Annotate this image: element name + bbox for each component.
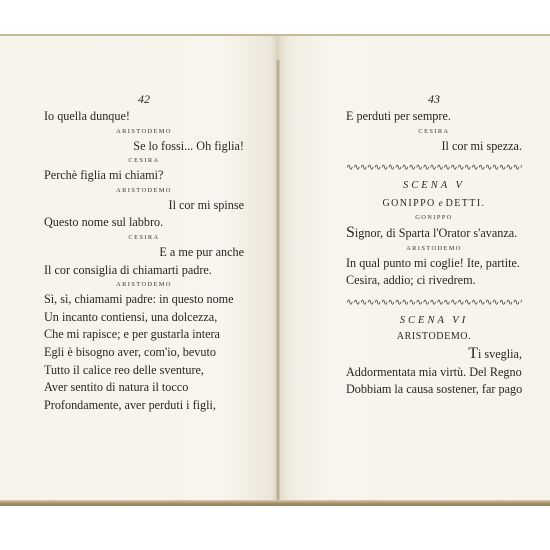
verse-line: Il cor mi spezza. [346, 138, 522, 156]
verse-line: Il cor consiglia di chiamarti padre. [44, 262, 244, 280]
character-name: GONIPPO [383, 198, 436, 209]
verse-line: Profondamente, aver perduti i figli, [44, 397, 244, 415]
page-edges-bottom [0, 500, 550, 506]
ornamental-divider: ∿∿∿∿∿∿∿∿∿∿∿∿∿∿∿∿∿∿∿∿∿∿∿∿∿∿∿∿∿∿∿∿∿∿∿∿ [346, 294, 522, 310]
character-name: DETTI. [446, 198, 486, 209]
verse-line: E a me pur anche [44, 244, 244, 262]
verse-line: Signor, di Sparta l'Orator s'avanza. [346, 224, 522, 243]
right-page-text: 43 E perduti per sempre. CESIRA Il cor m… [346, 92, 522, 399]
speaker-label: ARISTODEMO [44, 279, 244, 291]
open-book: 42 Io quella dunque! ARISTODEMO Se lo fo… [0, 34, 550, 508]
verse-line: Addormentata mia virtù. Del Regno [346, 364, 522, 382]
left-page-text: 42 Io quella dunque! ARISTODEMO Se lo fo… [44, 92, 244, 414]
scene-title: SCENA V [346, 177, 522, 194]
verse-line: Sì, sì, chiamami padre: in questo nome [44, 291, 244, 309]
verse-text: i sveglia, [478, 347, 522, 361]
verse-line: Questo nome sul labbro. [44, 214, 244, 232]
scene-characters: ARISTODEMO. [346, 329, 522, 345]
scene-characters: GONIPPOeDETTI. [346, 194, 522, 212]
speaker-label: CESIRA [44, 232, 244, 244]
verse-line: Aver sentito di natura il tocco [44, 379, 244, 397]
verse-line: Dobbiam la causa sostener, far pago [346, 381, 522, 399]
verse-line: Il cor mi spinse [44, 197, 244, 215]
verse-line: Che mi rapisce; e per gustarla intera [44, 326, 244, 344]
verse-line: E perduti per sempre. [346, 108, 522, 126]
book-gutter [276, 60, 280, 500]
speaker-label: CESIRA [346, 126, 522, 138]
verse-line: Tutto il calice reo delle sventure, [44, 362, 244, 380]
page-number-left: 42 [44, 92, 244, 106]
speaker-label: ARISTODEMO [44, 126, 244, 138]
verse-line: Perchè figlia mi chiami? [44, 167, 244, 185]
verse-line: Un incanto contiensi, una dolcezza, [44, 309, 244, 327]
scene-title: SCENA VI [346, 312, 522, 329]
drop-initial: S [346, 224, 355, 241]
conjunction: e [439, 198, 443, 208]
verse-line: Se lo fossi... Oh figlia! [44, 138, 244, 156]
verse-line: Cesira, addio; ci rivedrem. [346, 272, 522, 290]
speaker-label: GONIPPO [346, 212, 522, 224]
speaker-label: CESIRA [44, 155, 244, 167]
speaker-label: ARISTODEMO [44, 185, 244, 197]
speaker-label: ARISTODEMO [346, 243, 522, 255]
verse-line: Egli è bisogno aver, com'io, bevuto [44, 344, 244, 362]
verse-line: Ti sveglia, [346, 345, 522, 364]
ornamental-divider: ∿∿∿∿∿∿∿∿∿∿∿∿∿∿∿∿∿∿∿∿∿∿∿∿∿∿∿∿∿∿∿∿∿∿∿∿ [346, 159, 522, 175]
page-number-right: 43 [346, 92, 522, 106]
verse-text: ignor, di Sparta l'Orator s'avanza. [355, 226, 517, 240]
drop-initial: T [468, 345, 478, 362]
verse-line: Io quella dunque! [44, 108, 244, 126]
verse-line: In qual punto mi coglie! Ite, partite. [346, 255, 522, 273]
